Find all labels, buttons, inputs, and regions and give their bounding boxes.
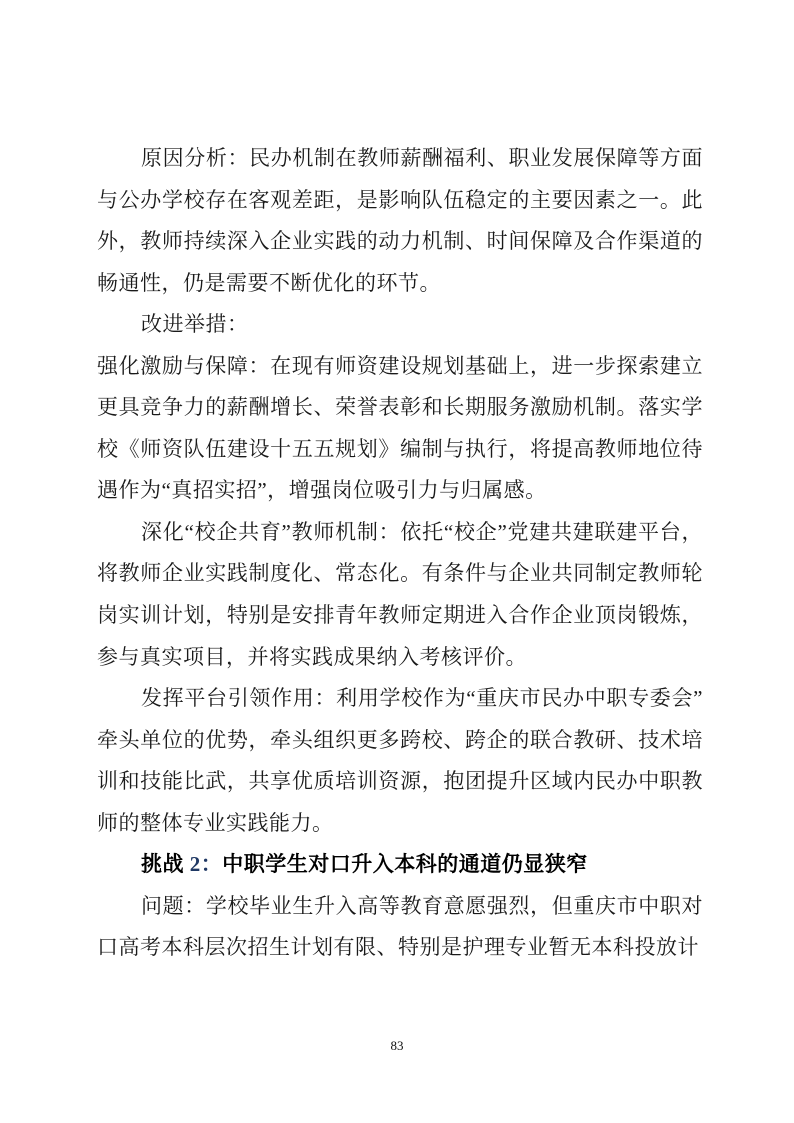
paragraph-reason-analysis: 原因分析：民办机制在教师薪酬福利、职业发展保障等方面与公办学校存在客观差距，是影… [97,138,703,304]
document-page: 原因分析：民办机制在教师薪酬福利、职业发展保障等方面与公办学校存在客观差距，是影… [0,0,794,1123]
heading-challenge-2: 挑战 2：中职学生对口升入本科的通道仍显狭窄 [97,844,703,886]
paragraph-platform-leading-role: 发挥平台引领作用：利用学校作为“重庆市民办中职专委会”牵头单位的优势，牵头组织更… [97,678,703,844]
paragraph-deepen-school-enterprise: 深化“校企共育”教师机制：依托“校企”党建共建联建平台，将教师企业实践制度化、常… [97,512,703,678]
heading-challenge-title: 中职学生对口升入本科的通道仍显狭窄 [222,852,588,876]
paragraph-strengthen-incentives: 强化激励与保障：在现有师资建设规划基础上，进一步探索建立更具竞争力的薪酬增长、荣… [97,346,703,512]
paragraph-improvement-measures-label: 改进举措： [97,304,703,346]
paragraph-problem-statement: 问题：学校毕业生升入高等教育意愿强烈，但重庆市中职对口高考本科层次招生计划有限、… [97,886,703,969]
heading-challenge-number: 2： [190,852,223,876]
document-body: 原因分析：民办机制在教师薪酬福利、职业发展保障等方面与公办学校存在客观差距，是影… [97,138,703,969]
page-number: 83 [0,1038,794,1054]
heading-challenge-prefix: 挑战 [141,852,190,876]
